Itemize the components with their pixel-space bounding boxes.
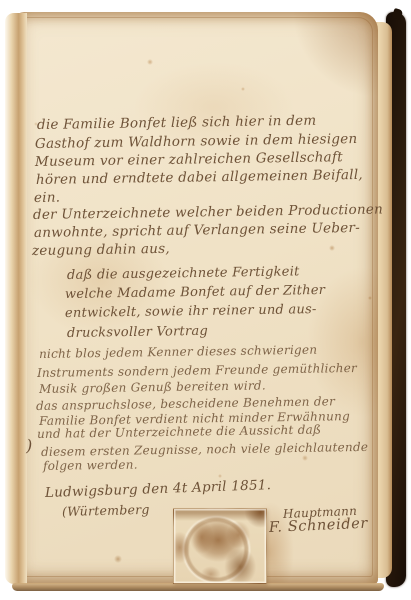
manuscript-line: diesem ersten Zeugnisse, noch viele glei… bbox=[41, 441, 368, 458]
margin-mark: ) bbox=[26, 438, 33, 454]
manuscript-line: ein. bbox=[34, 192, 61, 206]
manuscript-photo: die Familie Bonfet ließ sich hier in dem… bbox=[0, 0, 411, 600]
manuscript-line: Instruments sondern jedem Freunde gemüth… bbox=[37, 362, 357, 379]
place-note: (Würtemberg bbox=[62, 504, 150, 519]
manuscript-line: anwohnte, spricht auf Verlangen seine Ue… bbox=[34, 222, 360, 241]
manuscript-line: und hat der Unterzeichnete die Aussicht … bbox=[37, 424, 321, 440]
embossed-paper-seal bbox=[173, 508, 267, 584]
manuscript-line: entwickelt, sowie ihr reiner und aus- bbox=[65, 303, 317, 320]
manuscript-line: Musik großen Genuß bereiten wird. bbox=[39, 379, 266, 395]
manuscript-line: Museum vor einer zahlreichen Gesellschaf… bbox=[35, 151, 343, 169]
manuscript-line: die Familie Bonfet ließ sich hier in dem bbox=[37, 115, 317, 133]
manuscript-line: folgen werden. bbox=[43, 459, 138, 472]
manuscript-line: nicht blos jedem Kenner dieses schwierig… bbox=[39, 344, 317, 360]
manuscript-line: drucksvoller Vortrag bbox=[67, 325, 208, 340]
manuscript-line: hören und erndtete dabei allgemeinen Bei… bbox=[36, 169, 363, 188]
dateline: Ludwigsburg den 4t April 1851. bbox=[45, 479, 272, 500]
manuscript-line: welche Madame Bonfet auf der Zither bbox=[65, 284, 325, 301]
manuscript-line: daß die ausgezeichnete Fertigkeit bbox=[67, 265, 300, 282]
signature-name: F. Schneider bbox=[269, 517, 369, 536]
manuscript-line: zeugung dahin aus, bbox=[32, 243, 170, 259]
